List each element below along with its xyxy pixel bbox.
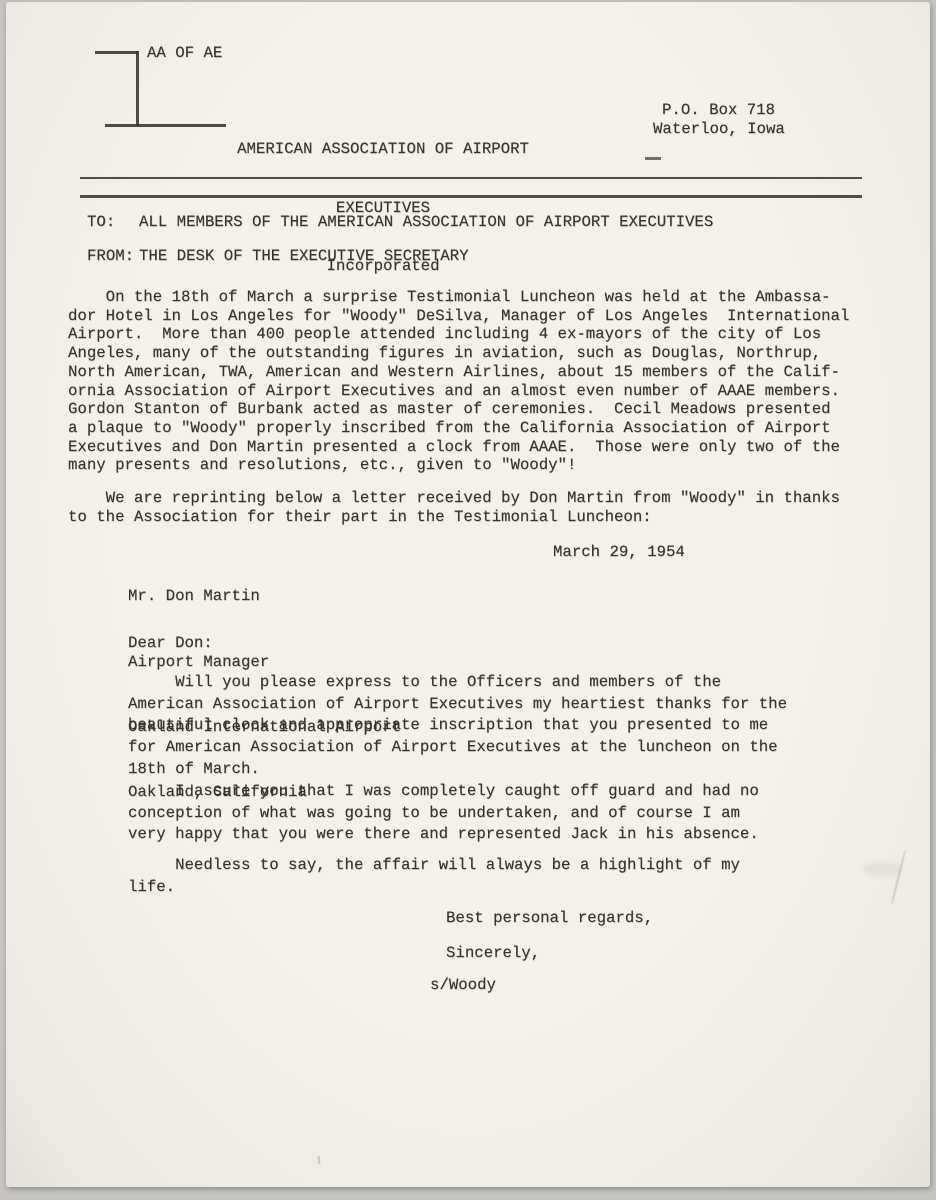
from-value: THE DESK OF THE EXECUTIVE SECRETARY xyxy=(139,247,469,266)
corner-bracket-vertical-line xyxy=(136,51,139,126)
recipient-line-title: Airport Manager xyxy=(128,652,401,674)
memo-paragraph-1: On the 18th of March a surprise Testimon… xyxy=(68,288,868,475)
letter-paragraph-3: Needless to say, the affair will always … xyxy=(128,855,808,898)
divider-rule-bottom xyxy=(80,195,862,198)
scan-crease-mark xyxy=(890,848,907,905)
to-value: ALL MEMBERS OF THE AMERICAN ASSOCIATION … xyxy=(139,213,713,232)
scan-smudge xyxy=(862,862,902,876)
closing-sincerely: Sincerely, xyxy=(446,944,540,963)
letter-paragraph-2: I assure you that I was completely caugh… xyxy=(128,781,808,846)
letter-date: March 29, 1954 xyxy=(553,543,685,562)
memo-paragraph-2: We are reprinting below a letter receive… xyxy=(68,489,868,526)
corner-bracket-bottom-line xyxy=(105,124,226,127)
signature: s/Woody xyxy=(430,976,496,995)
org-name-line-1: AMERICAN ASSOCIATION OF AIRPORT xyxy=(237,140,529,160)
from-label: FROM: xyxy=(87,247,134,266)
address-line-1: P.O. Box 718 xyxy=(662,101,775,120)
divider-rule-top xyxy=(80,177,862,179)
corner-mark: AA OF AE xyxy=(147,44,222,63)
scan-speck xyxy=(317,1156,320,1164)
address-underline-dash xyxy=(645,157,661,160)
letter-paragraph-1: Will you please express to the Officers … xyxy=(128,672,808,781)
corner-bracket-top-line xyxy=(95,51,138,54)
recipient-line-name: Mr. Don Martin xyxy=(128,586,401,608)
salutation: Dear Don: xyxy=(128,634,213,653)
address-line-2: Waterloo, Iowa xyxy=(653,120,785,139)
org-name-block: AMERICAN ASSOCIATION OF AIRPORT EXECUTIV… xyxy=(237,101,529,316)
letter-content: AA OF AE AMERICAN ASSOCIATION OF AIRPORT… xyxy=(0,0,936,1200)
closing-regards: Best personal regards, xyxy=(446,909,653,928)
scanned-letter-page: AA OF AE AMERICAN ASSOCIATION OF AIRPORT… xyxy=(0,0,936,1200)
to-label: TO: xyxy=(87,213,115,232)
